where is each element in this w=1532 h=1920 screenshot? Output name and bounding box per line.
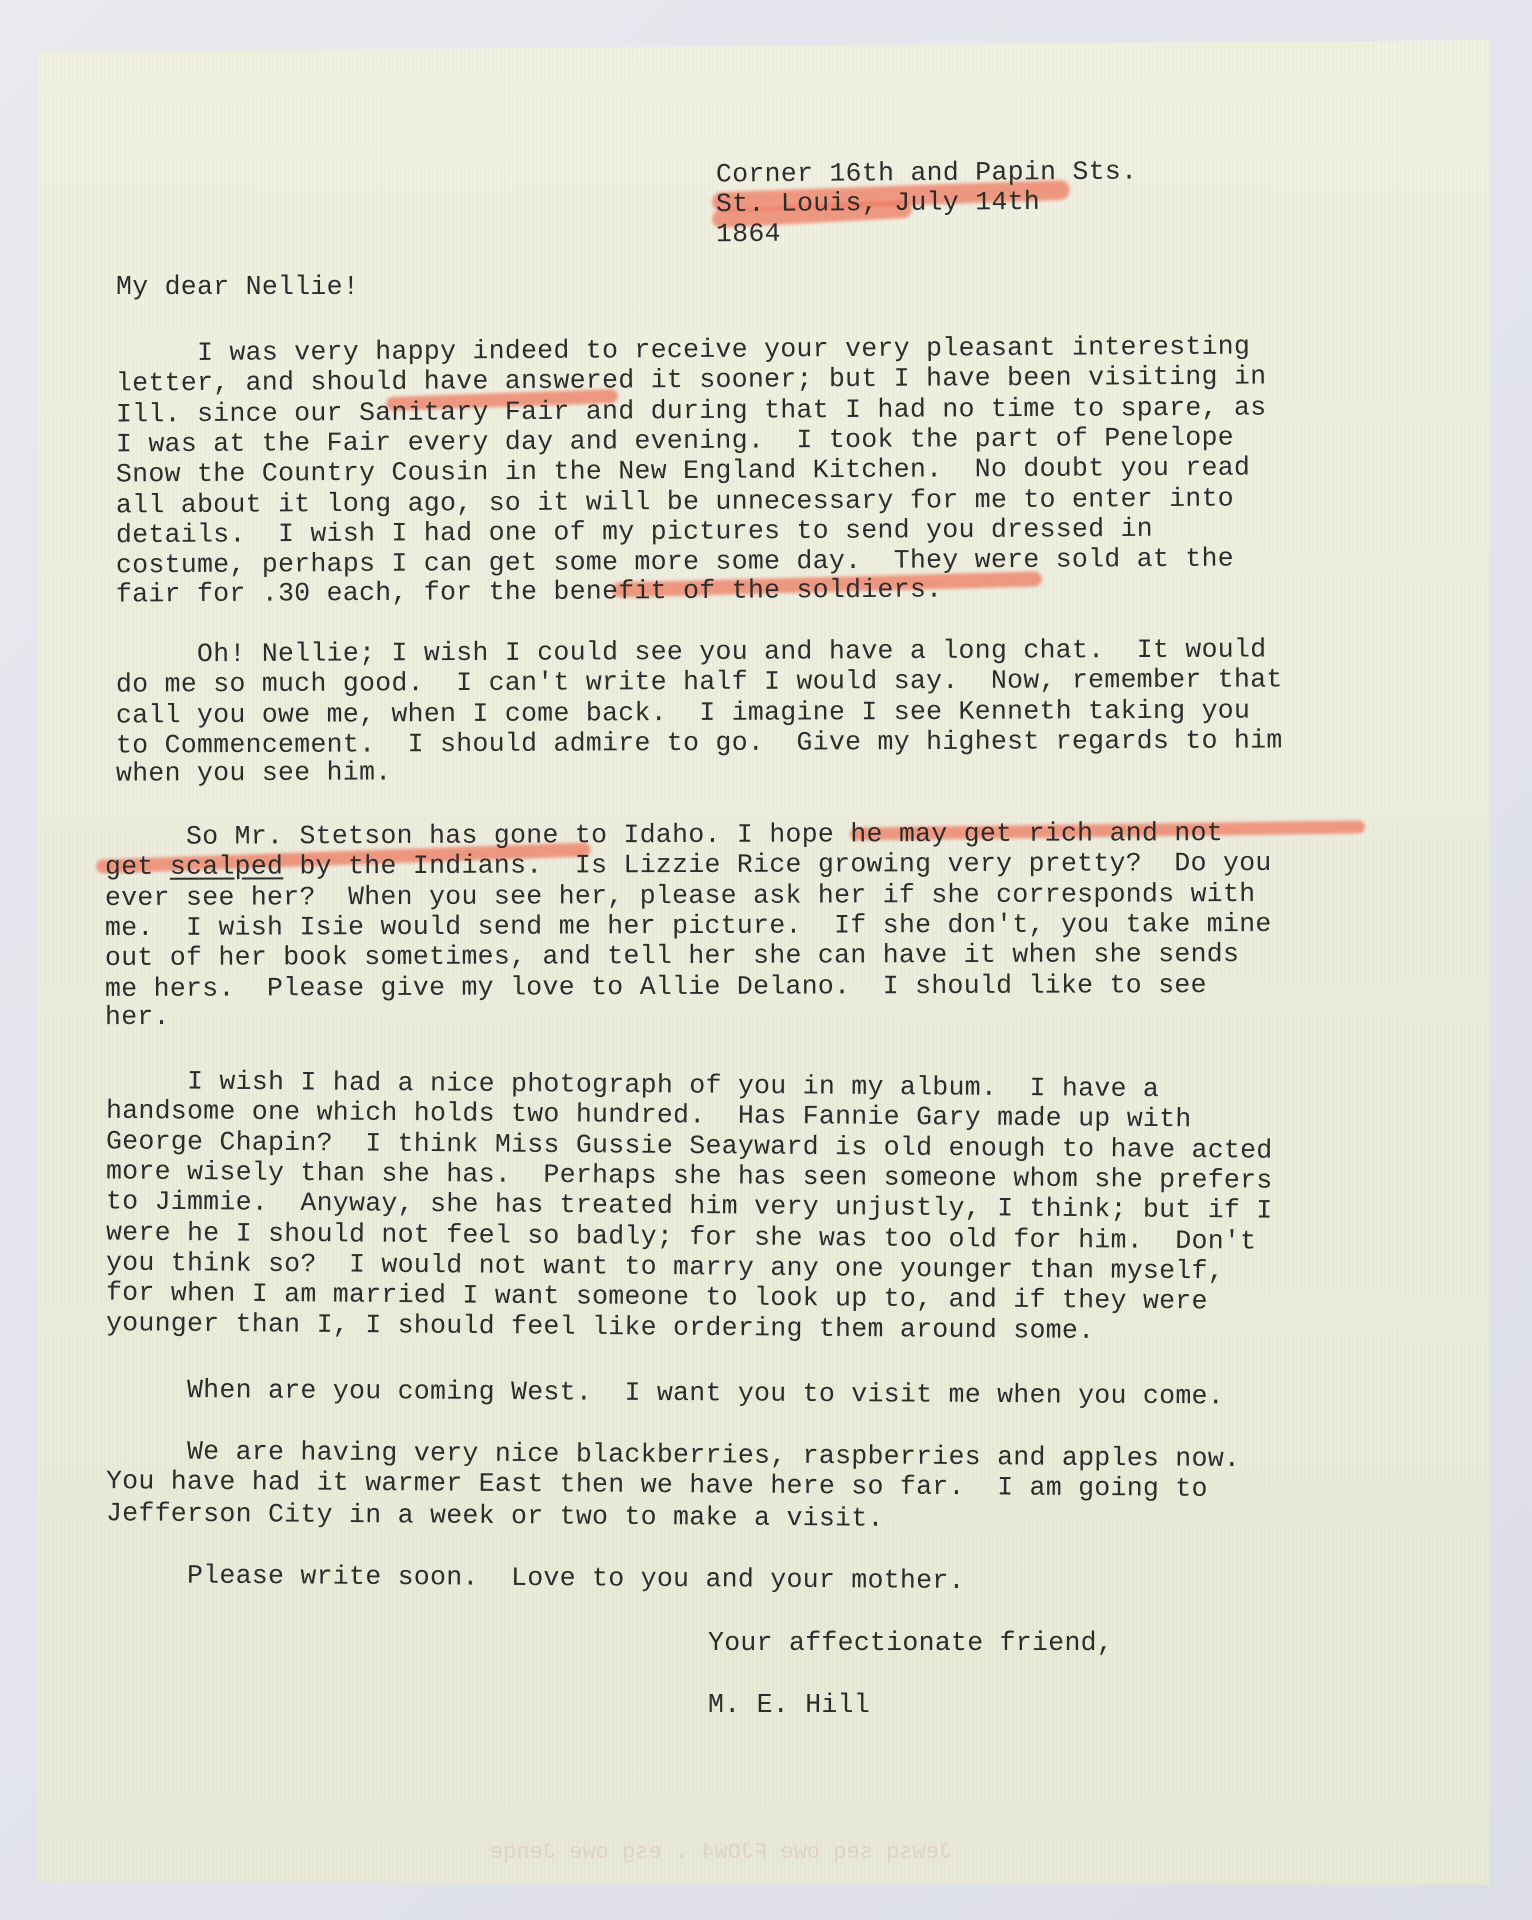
paragraph-line: out of her book sometimes, and tell her … (105, 939, 1239, 973)
bleed-through-text: Jewsq seq owe FJOw4 . esg owe Jenqe (490, 1840, 952, 1865)
paragraph-line: So Mr. Stetson has gone to Idaho. I hope… (105, 818, 1223, 852)
paragraph-line: her. (105, 1002, 170, 1032)
salutation: My dear Nellie! (116, 272, 359, 302)
paragraph-line: ever see her? When you see her, please a… (105, 879, 1255, 913)
address-line: St. Louis, July 14th (716, 187, 1040, 219)
signature: M. E. Hill (708, 1690, 870, 1720)
paragraph-line: to Commencement. I should admire to go. … (116, 725, 1283, 760)
paragraph-line: me. I wish Isie would send me her pictur… (105, 909, 1272, 943)
paragraph-line: when you see him. (116, 758, 392, 789)
paragraph-line: call you owe me, when I come back. I ima… (116, 695, 1250, 730)
paragraph-line: Jefferson City in a week or two to make … (106, 1498, 884, 1533)
paragraph-line: me hers. Please give my love to Allie De… (105, 970, 1207, 1004)
paragraph-line: Oh! Nellie; I wish I could see you and h… (116, 634, 1267, 669)
underlined-word: scalped (170, 852, 284, 882)
closing: Your affectionate friend, (708, 1628, 1113, 1658)
address-line: Corner 16th and Papin Sts. (716, 157, 1137, 190)
address-line: 1864 (716, 218, 781, 248)
paragraph-line: Please write soon. Love to you and your … (106, 1560, 965, 1596)
line-remainder: by the Indians. Is Lizzie Rice growing v… (283, 848, 1271, 881)
paragraph-line: get scalped by the Indians. Is Lizzie Ri… (105, 848, 1272, 882)
paragraph-line: do me so much good. I can't write half I… (116, 665, 1283, 700)
paragraph-line: fair for .30 each, for the benefit of th… (116, 575, 943, 610)
